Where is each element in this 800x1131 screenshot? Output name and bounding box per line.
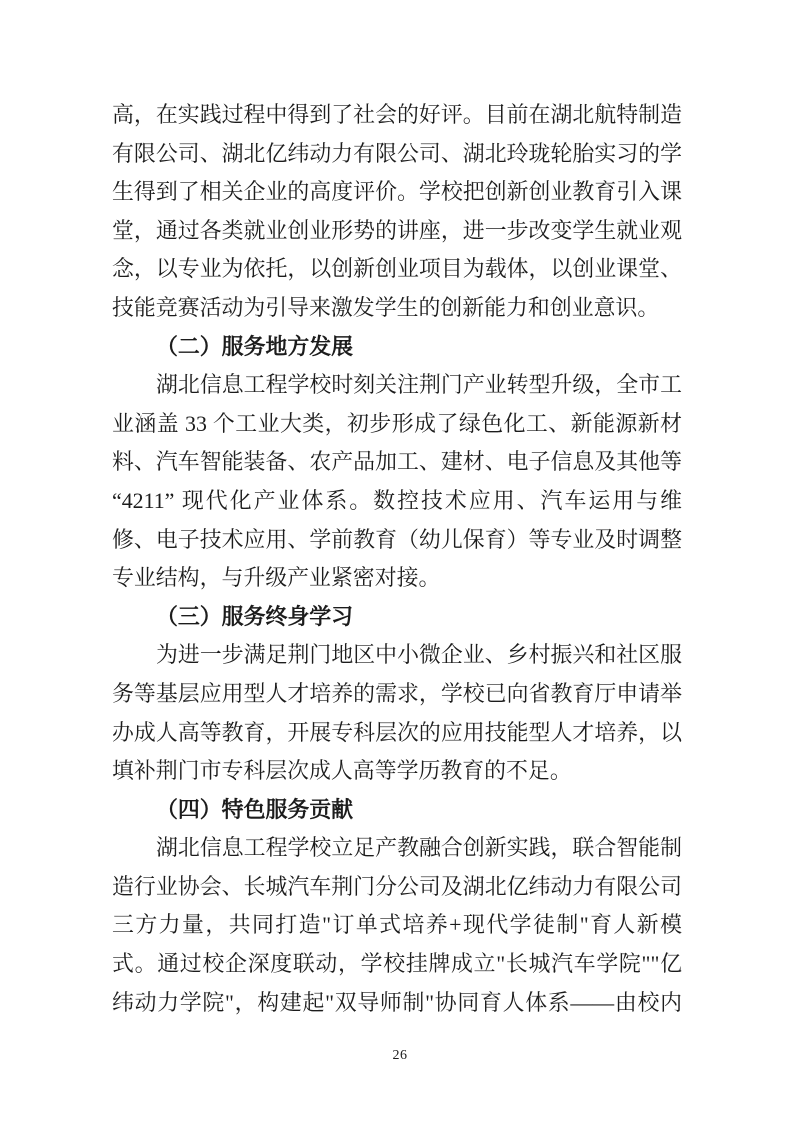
text-line: （四）特色服务贡献 [112,791,682,830]
text-line: 高，在实践过程中得到了社会的好评。目前在湖北航特制造 [112,96,682,135]
document-page: 高，在实践过程中得到了社会的好评。目前在湖北航特制造有限公司、湖北亿纬动力有限公… [0,0,800,1131]
text-line: 专业结构，与升级产业紧密对接。 [112,559,682,598]
text-line: 湖北信息工程学校立足产教融合创新实践，联合智能制 [112,829,682,868]
text-line: 修、电子技术应用、学前教育（幼儿保育）等专业及时调整 [112,521,682,560]
text-line: 业涵盖 33 个工业大类，初步形成了绿色化工、新能源新材 [112,405,682,444]
text-line: 办成人高等教育，开展专科层次的应用技能型人才培养，以 [112,714,682,753]
text-line: 技能竞赛活动为引导来激发学生的创新能力和创业意识。 [112,289,682,328]
text-line: （二）服务地方发展 [112,328,682,367]
text-line: 填补荆门市专科层次成人高等学历教育的不足。 [112,752,682,791]
text-line: 为进一步满足荆门地区中小微企业、乡村振兴和社区服 [112,636,682,675]
text-line: 务等基层应用型人才培养的需求，学校已向省教育厅申请举 [112,675,682,714]
text-line: 湖北信息工程学校时刻关注荆门产业转型升级，全市工 [112,366,682,405]
text-line: 造行业协会、长城汽车荆门分公司及湖北亿纬动力有限公司 [112,868,682,907]
page-footer: 26 [0,1046,800,1064]
text-line: “4211” 现代化产业体系。数控技术应用、汽车运用与维 [112,482,682,521]
text-line: 念，以专业为依托，以创新创业项目为载体，以创业课堂、 [112,250,682,289]
text-line: （三）服务终身学习 [112,598,682,637]
text-line: 料、汽车智能装备、农产品加工、建材、电子信息及其他等 [112,443,682,482]
page-number: 26 [393,1048,408,1063]
text-line: 三方力量，共同打造"订单式培养+现代学徒制"育人新模 [112,906,682,945]
text-line: 有限公司、湖北亿纬动力有限公司、湖北玲珑轮胎实习的学 [112,135,682,174]
document-body: 高，在实践过程中得到了社会的好评。目前在湖北航特制造有限公司、湖北亿纬动力有限公… [112,96,682,1022]
text-line: 纬动力学院"，构建起"双导师制"协同育人体系——由校内 [112,984,682,1023]
text-line: 式。通过校企深度联动，学校挂牌成立"长城汽车学院""亿 [112,945,682,984]
text-line: 堂，通过各类就业创业形势的讲座，进一步改变学生就业观 [112,212,682,251]
text-line: 生得到了相关企业的高度评价。学校把创新创业教育引入课 [112,173,682,212]
